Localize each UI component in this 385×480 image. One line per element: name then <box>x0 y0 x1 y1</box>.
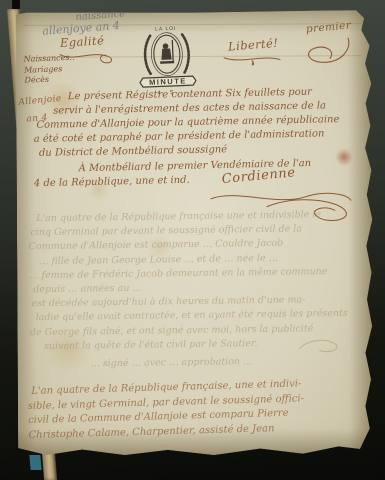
register-header-paragraph: Le présent Régistre contenant Six feuill… <box>30 86 340 162</box>
flourish-icon <box>302 34 354 68</box>
svg-text:MINUTE: MINUTE <box>149 76 187 87</box>
pencil-annotation: naissance allenjoye an 4 <box>41 8 126 37</box>
margin-category-naissances: Naissances.. <box>24 53 75 66</box>
photo-background: naissance allenjoye an 4 Egalité LA LOI … <box>0 0 385 480</box>
folio-word-premier: premier <box>305 19 351 35</box>
margin-category-list: Naissances.. Mariages Décès <box>24 53 76 87</box>
motto-egalite: Egalité <box>60 33 105 50</box>
paraph-icon <box>298 336 342 356</box>
second-act-paragraph: L'an quatre de la République française, … <box>27 378 305 444</box>
document-page: naissance allenjoye an 4 Egalité LA LOI … <box>16 10 374 457</box>
motto-liberte: Liberté! <box>228 36 279 54</box>
faded-act-signature-row: … signé … avec … approbation … <box>90 355 348 373</box>
margin-category-deces: Décès <box>24 74 75 87</box>
flourish-icon <box>222 53 284 69</box>
svg-text:LA LOI: LA LOI <box>155 26 177 33</box>
teal-fragment <box>29 455 41 470</box>
